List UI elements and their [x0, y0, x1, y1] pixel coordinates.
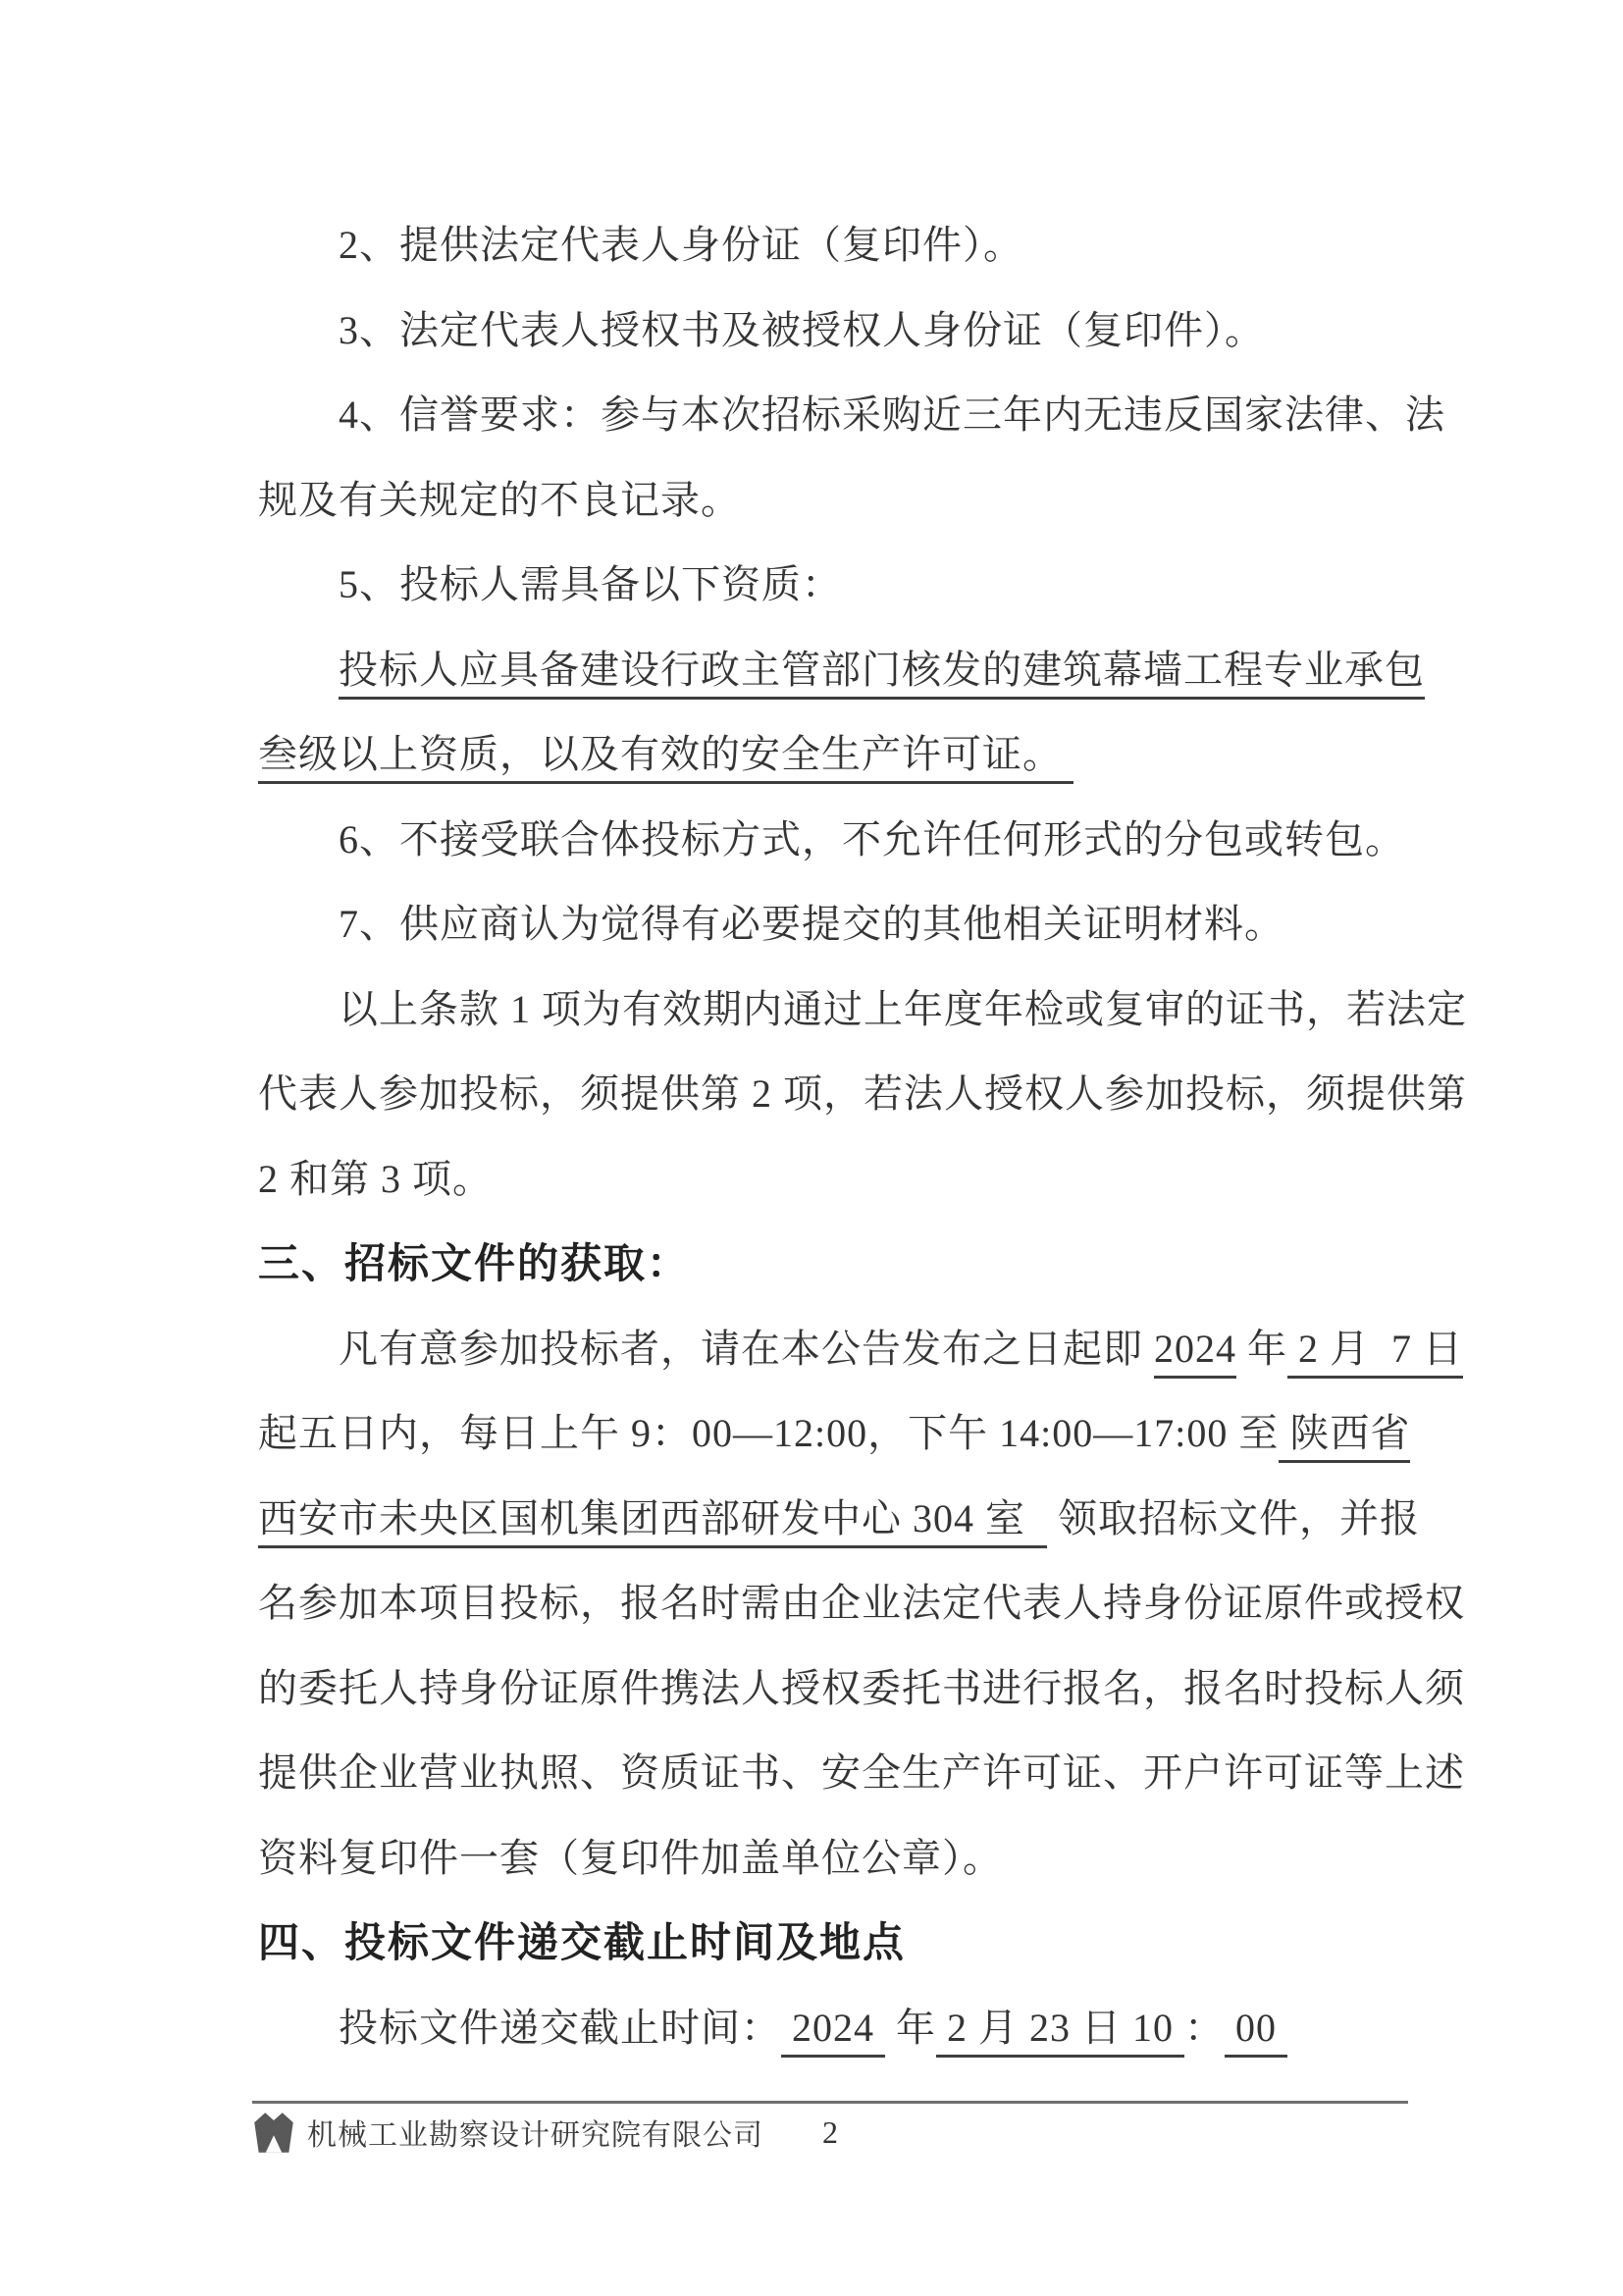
text-segment: 领取招标文件，并报 [1047, 1496, 1420, 1540]
text-segment: 7、供应商认为觉得有必要提交的其他相关证明材料。 [339, 902, 1284, 946]
underlined-text: 叁级以上资质，以及有效的安全生产许可证。 [258, 732, 1073, 784]
text-segment: 年 [885, 2006, 936, 2050]
underlined-text: 2 月 23 日 10 [936, 2006, 1184, 2058]
scanned-document-page: 2、提供法定代表人身份证（复印件）。3、法定代表人授权书及被授权人身份证（复印件… [0, 0, 1623, 2296]
deadline-line: 投标文件递交截止时间： 2024 年 2 月 23 日 10 ： 00 [258, 1986, 1406, 2071]
clause-4-line-1: 4、信誉要求：参与本次招标采购近三年内无违反国家法律、法 [258, 373, 1406, 458]
text-segment: 的委托人持身份证原件携法人授权委托书进行报名，报名时投标人须 [258, 1666, 1465, 1710]
text-segment: 5、投标人需具备以下资质： [339, 562, 842, 606]
underlined-text: 2024 [781, 2006, 885, 2058]
text-segment: 资料复印件一套（复印件加盖单位公章）。 [258, 1836, 1003, 1880]
text-segment: 四、投标文件递交截止时间及地点 [258, 1919, 906, 1965]
footer-divider [252, 2101, 1408, 2104]
text-segment: 规及有关规定的不良记录。 [258, 478, 741, 522]
text-segment: 4、信誉要求：参与本次招标采购近三年内无违反国家法律、法 [339, 392, 1445, 437]
text-segment: 2、提供法定代表人身份证（复印件）。 [339, 223, 1023, 267]
text-segment: 6、不接受联合体投标方式，不允许任何形式的分包或转包。 [339, 817, 1405, 861]
section-3-line-3: 西安市未央区国机集团西部研发中心 304 室 领取招标文件，并报 [258, 1477, 1406, 1562]
clause-4-line-2: 规及有关规定的不良记录。 [258, 458, 1406, 544]
text-segment: 3、法定代表人授权书及被授权人身份证（复印件）。 [339, 308, 1265, 352]
qualification-underlined-line-2: 叁级以上资质，以及有效的安全生产许可证。 [258, 712, 1406, 798]
note-line-2: 代表人参加投标，须提供第 2 项，若法人授权人参加投标，须提供第 [258, 1052, 1406, 1137]
clause-7: 7、供应商认为觉得有必要提交的其他相关证明材料。 [258, 882, 1406, 967]
section-3-line-2: 起五日内，每日上午 9：00—12:00，下午 14:00—17:00 至 陕西… [258, 1391, 1406, 1477]
underlined-text: 投标人应具备建设行政主管部门核发的建筑幕墙工程专业承包 [339, 648, 1425, 700]
section-3-line-5: 的委托人持身份证原件携法人授权委托书进行报名，报名时投标人须 [258, 1646, 1406, 1732]
clause-3: 3、法定代表人授权书及被授权人身份证（复印件）。 [258, 288, 1406, 374]
note-line-3: 2 和第 3 项。 [258, 1137, 1406, 1223]
text-segment: 名参加本项目投标，报名时需由企业法定代表人持身份证原件或授权 [258, 1581, 1465, 1625]
text-segment: 提供企业营业执照、资质证书、安全生产许可证、开户许可证等上述 [258, 1750, 1465, 1795]
section-4-heading: 四、投标文件递交截止时间及地点 [258, 1901, 1406, 1986]
section-3-line-7: 资料复印件一套（复印件加盖单位公章）。 [258, 1816, 1406, 1902]
section-3-line-6: 提供企业营业执照、资质证书、安全生产许可证、开户许可证等上述 [258, 1731, 1406, 1816]
clause-2: 2、提供法定代表人身份证（复印件）。 [258, 203, 1406, 288]
text-segment: 三、招标文件的获取： [258, 1240, 690, 1286]
underlined-text: 00 [1225, 2006, 1287, 2058]
clause-5: 5、投标人需具备以下资质： [258, 543, 1406, 628]
text-segment: 代表人参加投标，须提供第 2 项，若法人授权人参加投标，须提供第 [258, 1071, 1467, 1116]
qualification-underlined-line-1: 投标人应具备建设行政主管部门核发的建筑幕墙工程专业承包 [258, 628, 1406, 713]
text-segment: ： [1184, 2006, 1225, 2050]
underlined-text: 西安市未央区国机集团西部研发中心 304 室 [258, 1496, 1047, 1548]
page-number: 2 [252, 2107, 1408, 2158]
text-segment: 以上条款 1 项为有效期内通过上年度年检或复审的证书，若法定 [339, 987, 1467, 1031]
underlined-text: 2024 [1154, 1327, 1236, 1379]
text-segment: 起五日内，每日上午 9：00—12:00，下午 14:00—17:00 至 [258, 1411, 1279, 1455]
footer: 机械工业勘察设计研究院有限公司 2 [252, 2107, 1408, 2158]
text-segment: 年 [1236, 1327, 1287, 1371]
text-segment: 凡有意参加投标者，请在本公告发布之日起即 [339, 1327, 1154, 1371]
section-3-heading: 三、招标文件的获取： [258, 1222, 1406, 1307]
text-segment: 投标文件递交截止时间： [339, 2006, 781, 2050]
section-3-line-1: 凡有意参加投标者，请在本公告发布之日起即 2024 年 2 月 7 日 [258, 1307, 1406, 1392]
text-segment: 2 和第 3 项。 [258, 1157, 493, 1201]
section-3-line-4: 名参加本项目投标，报名时需由企业法定代表人持身份证原件或授权 [258, 1561, 1406, 1646]
clause-6: 6、不接受联合体投标方式，不允许任何形式的分包或转包。 [258, 798, 1406, 883]
underlined-text: 陕西省 [1279, 1411, 1410, 1463]
document-content: 2、提供法定代表人身份证（复印件）。3、法定代表人授权书及被授权人身份证（复印件… [258, 203, 1406, 2070]
note-line-1: 以上条款 1 项为有效期内通过上年度年检或复审的证书，若法定 [258, 967, 1406, 1053]
underlined-text: 2 月 7 日 [1287, 1327, 1463, 1379]
